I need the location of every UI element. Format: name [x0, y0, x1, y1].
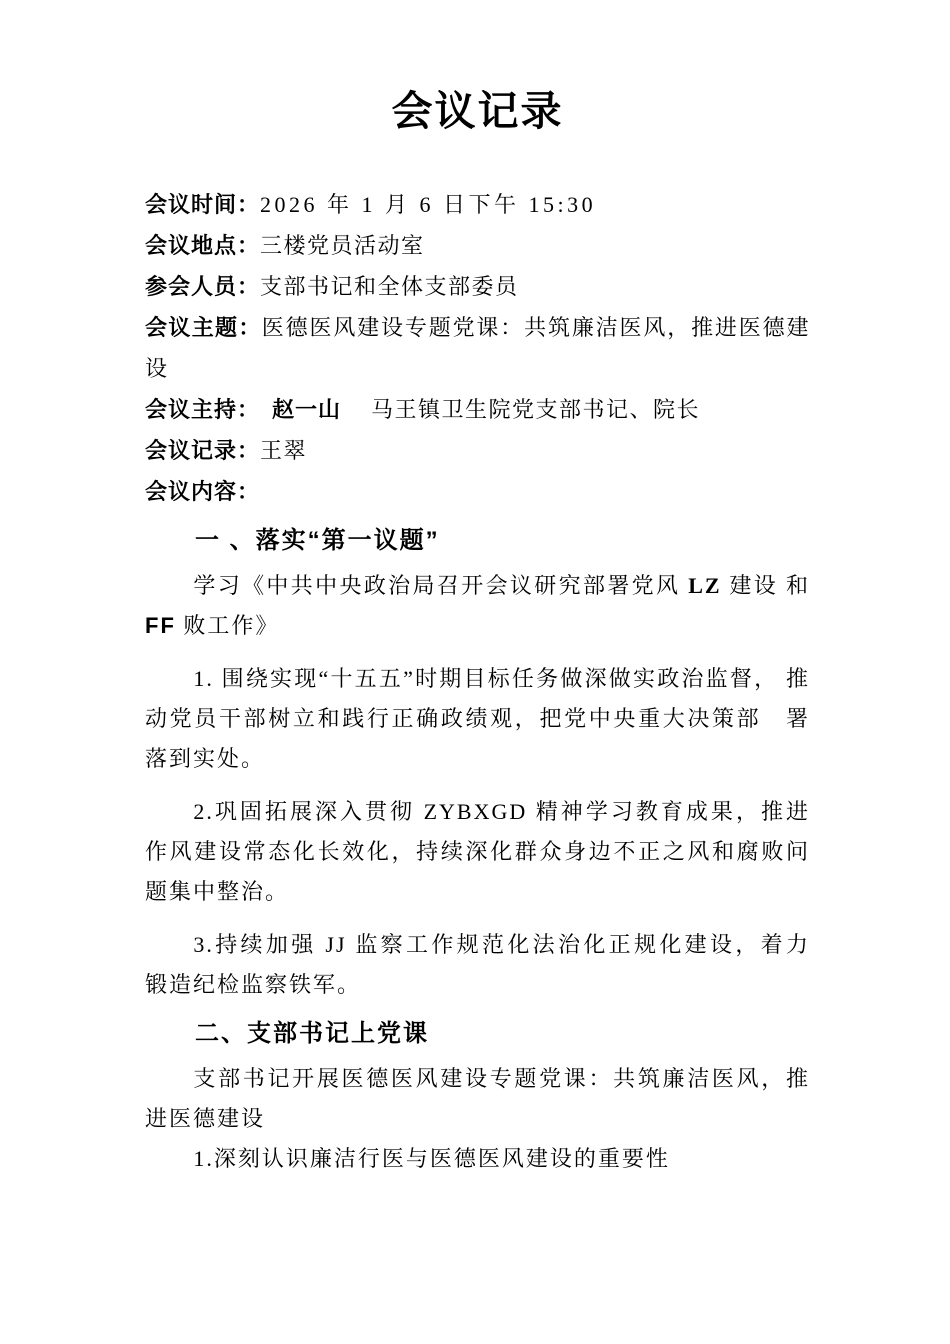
meta-label-content: 会议内容： — [145, 479, 260, 504]
meta-value-attendees: 支部书记和全体支部委员 — [260, 274, 519, 299]
meta-label-recorder: 会议记录： — [145, 438, 260, 463]
meta-block: 会议时间：2026 年 1 月 6 日下午 15:30 会议地点：三楼党员活动室… — [145, 184, 810, 512]
section2-paragraph-1: 支部书记开展医德医风建设专题党课：共筑廉洁医风，推进医德建设 — [145, 1059, 810, 1139]
document-page: 会议记录 会议时间：2026 年 1 月 6 日下午 15:30 会议地点：三楼… — [0, 0, 950, 1344]
section-first-topic: 一 、落实“第一议题” 学习《中共中央政治局召开会议研究部署党风 LZ 建设 和… — [145, 521, 810, 1005]
meta-line-location: 会议地点：三楼党员活动室 — [145, 225, 810, 266]
section2-heading: 二、支部书记上党课 — [145, 1014, 810, 1054]
meta-line-time: 会议时间：2026 年 1 月 6 日下午 15:30 — [145, 184, 810, 225]
meta-line-recorder: 会议记录：王翠 — [145, 430, 810, 471]
section1-item-3: 3.持续加强 JJ 监察工作规范化法治化正规化建设，着力 锻造纪检监察铁军。 — [145, 925, 810, 1005]
meta-label-host: 会议主持： — [145, 397, 260, 422]
host-name: 赵一山 — [272, 397, 341, 422]
meta-line-attendees: 参会人员：支部书记和全体支部委员 — [145, 266, 810, 307]
section1-item-1: 1. 围绕实现“十五五”时期目标任务做深做实政治监督， 推动党员干部树立和践行正… — [145, 659, 810, 779]
meta-label-topic: 会议主题： — [145, 315, 262, 340]
meta-line-content: 会议内容： — [145, 471, 810, 512]
meta-value-location: 三楼党员活动室 — [260, 233, 425, 258]
study-pre: 学习《中共中央政治局召开会议研究部署党风 — [193, 573, 688, 598]
meta-line-topic: 会议主题：医德医风建设专题党课：共筑廉洁医风，推进医德建设 — [145, 307, 810, 389]
document-title: 会议记录 — [145, 88, 810, 134]
host-title: 马王镇卫生院党支部书记、院长 — [371, 397, 700, 422]
meta-label-location: 会议地点： — [145, 233, 260, 258]
study-run-lz: LZ — [688, 573, 721, 598]
study-paragraph: 学习《中共中央政治局召开会议研究部署党风 LZ 建设 和 FF 败工作》 — [145, 566, 810, 646]
meta-line-host: 会议主持：赵一山马王镇卫生院党支部书记、院长 — [145, 389, 810, 430]
meta-value-time: 2026 年 1 月 6 日下午 15:30 — [260, 192, 596, 217]
section2-paragraph-2: 1.深刻认识廉洁行医与医德医风建设的重要性 — [145, 1139, 810, 1179]
section1-item-2: 2.巩固拓展深入贯彻 ZYBXGD 精神学习教育成果，推进作风建设常态化长效化，… — [145, 792, 810, 912]
section-party-lecture: 二、支部书记上党课 支部书记开展医德医风建设专题党课：共筑廉洁医风，推进医德建设… — [145, 1014, 810, 1179]
section1-heading: 一 、落实“第一议题” — [145, 521, 810, 561]
study-run-ff: FF — [145, 613, 176, 638]
study-post: 败工作》 — [176, 613, 280, 638]
meta-label-attendees: 参会人员： — [145, 274, 260, 299]
meta-value-recorder: 王翠 — [260, 438, 307, 463]
meta-label-time: 会议时间： — [145, 192, 260, 217]
study-mid: 建设 和 — [722, 573, 810, 598]
